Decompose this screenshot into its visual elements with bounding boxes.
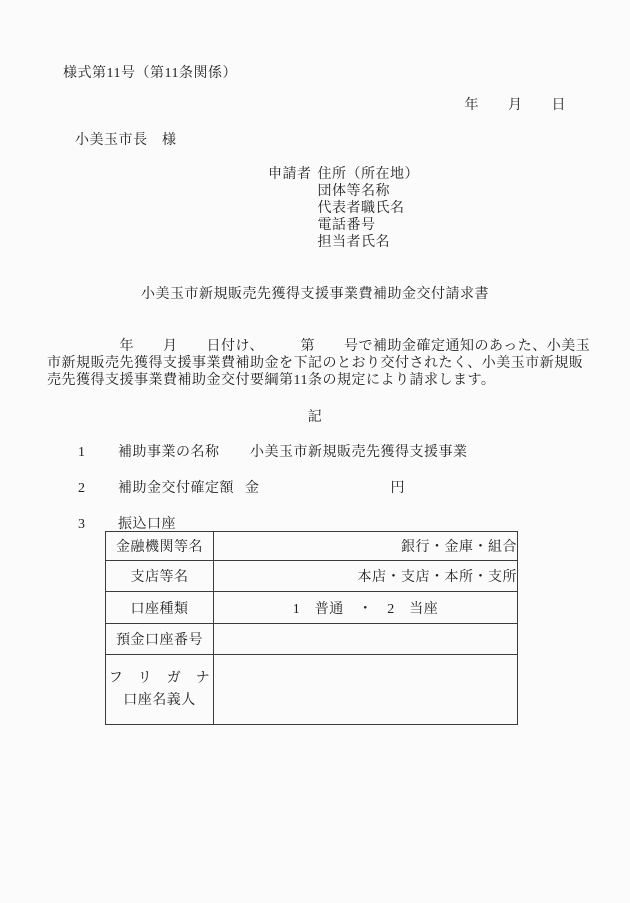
table-row-branch-name: 支店等名 本店・支店・本所・支所: [106, 561, 518, 592]
item-label: 補助金交付確定額: [118, 477, 245, 497]
table-row-account-type: 口座種類 1 普通 ・ 2 当座: [106, 592, 518, 624]
applicant-field-org-name: 団体等名称: [318, 183, 420, 200]
row-label-bank-name: 金融機関等名: [106, 532, 214, 561]
applicant-field-representative: 代表者職氏名: [318, 200, 420, 217]
item-bank-account: 3振込口座: [78, 513, 176, 533]
table-row-account-number: 預金口座番号: [106, 624, 518, 655]
item-project-name: 1補助事業の名称小美玉市新規販売先獲得支援事業: [78, 441, 468, 461]
row-label-account-type: 口座種類: [106, 592, 214, 624]
form-number: 様式第11号（第11条関係）: [63, 62, 237, 82]
document-title: 小美玉市新規販売先獲得支援事業費補助金交付請求書: [0, 283, 630, 303]
item-grant-amount: 2補助金交付確定額金円: [78, 477, 405, 497]
item-value: 小美玉市新規販売先獲得支援事業: [250, 445, 468, 460]
document-page: 様式第11号（第11条関係） 年 月 日 小美玉市長 様 申請者 住所（所在地）…: [0, 0, 630, 903]
applicant-fields: 住所（所在地） 団体等名称 代表者職氏名 電話番号 担当者氏名: [318, 166, 420, 251]
row-value-account-holder-blank: [214, 655, 518, 725]
applicant-label: 申請者: [268, 166, 312, 183]
applicant-block: 申請者 住所（所在地） 団体等名称 代表者職氏名 電話番号 担当者氏名: [268, 166, 419, 251]
item-number: 1: [78, 445, 118, 461]
body-line: 市新規販売先獲得支援事業費補助金を下記のとおり交付されたく、小美玉市新規販: [47, 355, 592, 372]
date-line: 年 月 日: [465, 94, 567, 114]
table-row-account-holder: フ リ ガ ナ 口座名義人: [106, 655, 518, 725]
applicant-field-address: 住所（所在地）: [318, 166, 420, 183]
item-number: 2: [78, 481, 118, 497]
row-label-account-holder: フ リ ガ ナ 口座名義人: [106, 655, 214, 725]
applicant-field-phone: 電話番号: [318, 217, 420, 234]
row-value-bank-type-options: 銀行・金庫・組合: [214, 532, 518, 561]
item-label: 振込口座: [118, 517, 176, 532]
furigana-label: フ リ ガ ナ: [106, 668, 213, 690]
row-label-branch-name: 支店等名: [106, 561, 214, 592]
row-value-branch-type-options: 本店・支店・本所・支所: [214, 561, 518, 592]
amount-suffix: 円: [391, 481, 406, 496]
item-label: 補助事業の名称: [118, 441, 250, 461]
row-value-account-type-options: 1 普通 ・ 2 当座: [214, 592, 518, 624]
table-row-bank-name: 金融機関等名 銀行・金庫・組合: [106, 532, 518, 561]
addressee: 小美玉市長 様: [75, 129, 177, 149]
body-paragraph: 年 月 日付け、 第 号で補助金確定通知のあった、小美玉 市新規販売先獲得支援事…: [47, 338, 592, 389]
record-marker: 記: [0, 406, 630, 426]
body-line: 年 月 日付け、 第 号で補助金確定通知のあった、小美玉: [47, 338, 592, 355]
account-holder-label: 口座名義人: [106, 690, 213, 712]
bank-account-table: 金融機関等名 銀行・金庫・組合 支店等名 本店・支店・本所・支所 口座種類 1 …: [105, 531, 518, 725]
row-value-account-number-blank: [214, 624, 518, 655]
applicant-field-contact-person: 担当者氏名: [318, 234, 420, 251]
row-label-account-number: 預金口座番号: [106, 624, 214, 655]
amount-prefix: 金: [245, 481, 260, 496]
body-line: 売先獲得支援事業費補助金交付要綱第11条の規定により請求します。: [47, 372, 592, 389]
